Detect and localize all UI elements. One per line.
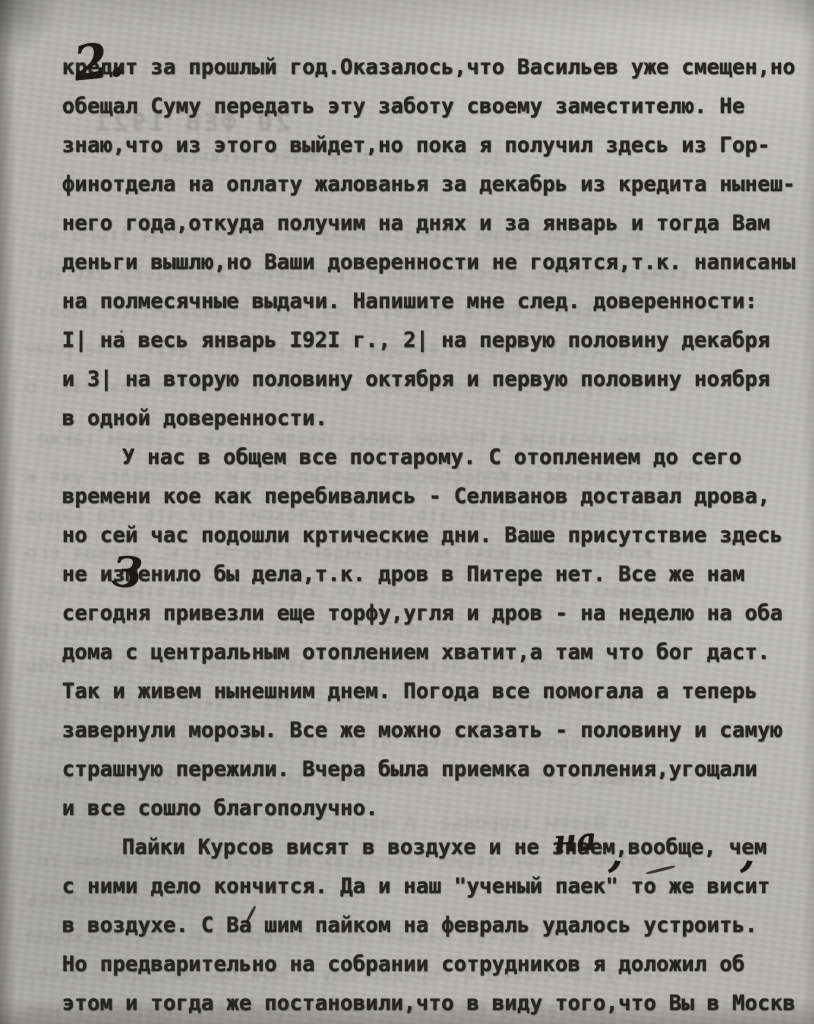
typed-line: на полмесячные выдачи. Напишите мне след… xyxy=(62,282,814,321)
typed-line: Но предварительно на собрании сотруднико… xyxy=(62,945,814,984)
typed-line: сегодня привезли еще торфу,угля и дров -… xyxy=(62,594,814,633)
typed-line: знаю,что из этого выйдет,но пока я получ… xyxy=(62,126,814,165)
typed-line: кредит за прошлый год.Оказалось,что Васи… xyxy=(62,48,814,87)
typed-line: и все сошло благополучно. xyxy=(62,789,814,828)
typed-line: финотдела на оплату жалованья за декабрь… xyxy=(62,165,814,204)
typed-line: него года,откуда получим на днях и за ян… xyxy=(62,204,814,243)
typed-line: страшную пережили. Вчера была приемка от… xyxy=(62,750,814,789)
typed-line: не изменило бы дела,т.к. дров в Питере н… xyxy=(62,555,814,594)
typed-line: завернули морозы. Все же можно сказать -… xyxy=(62,711,814,750)
typed-line: в воздухе. С Ва шим пайком на февраль уд… xyxy=(62,906,814,945)
typed-text-block: кредит за прошлый год.Оказалось,что Васи… xyxy=(62,48,814,1023)
typed-line: деньги вышлю,но Ваши доверенности не год… xyxy=(62,243,814,282)
typed-line: I| на весь январь I92I г., 2| на первую … xyxy=(62,321,814,360)
typed-line: в одной доверенности. xyxy=(62,399,814,438)
typed-line: с ними дело кончится. Да и наш "ученый п… xyxy=(62,867,814,906)
typed-line: обещал Суму передать эту заботу своему з… xyxy=(62,87,814,126)
typed-line: Так и живем нынешним днем. Погода все по… xyxy=(62,672,814,711)
scanned-letter-page: { "document": { "kind": "scanned typewri… xyxy=(0,0,814,1024)
typed-line: дома с центральным отоплением хватит,а т… xyxy=(62,633,814,672)
typed-line: этом и тогда же постановили,что в виду т… xyxy=(62,984,814,1023)
typed-line: но сей час подошли кртические дни. Ваше … xyxy=(62,516,814,555)
typed-line: У нас в общем все постарому. С отопление… xyxy=(62,438,814,477)
typed-line: и 3| на вторую половину октября и первую… xyxy=(62,360,814,399)
typed-line: времени кое как перебивались - Селиванов… xyxy=(62,477,814,516)
typed-line: Пайки Курсов висят в воздухе и не знаем,… xyxy=(62,828,814,867)
